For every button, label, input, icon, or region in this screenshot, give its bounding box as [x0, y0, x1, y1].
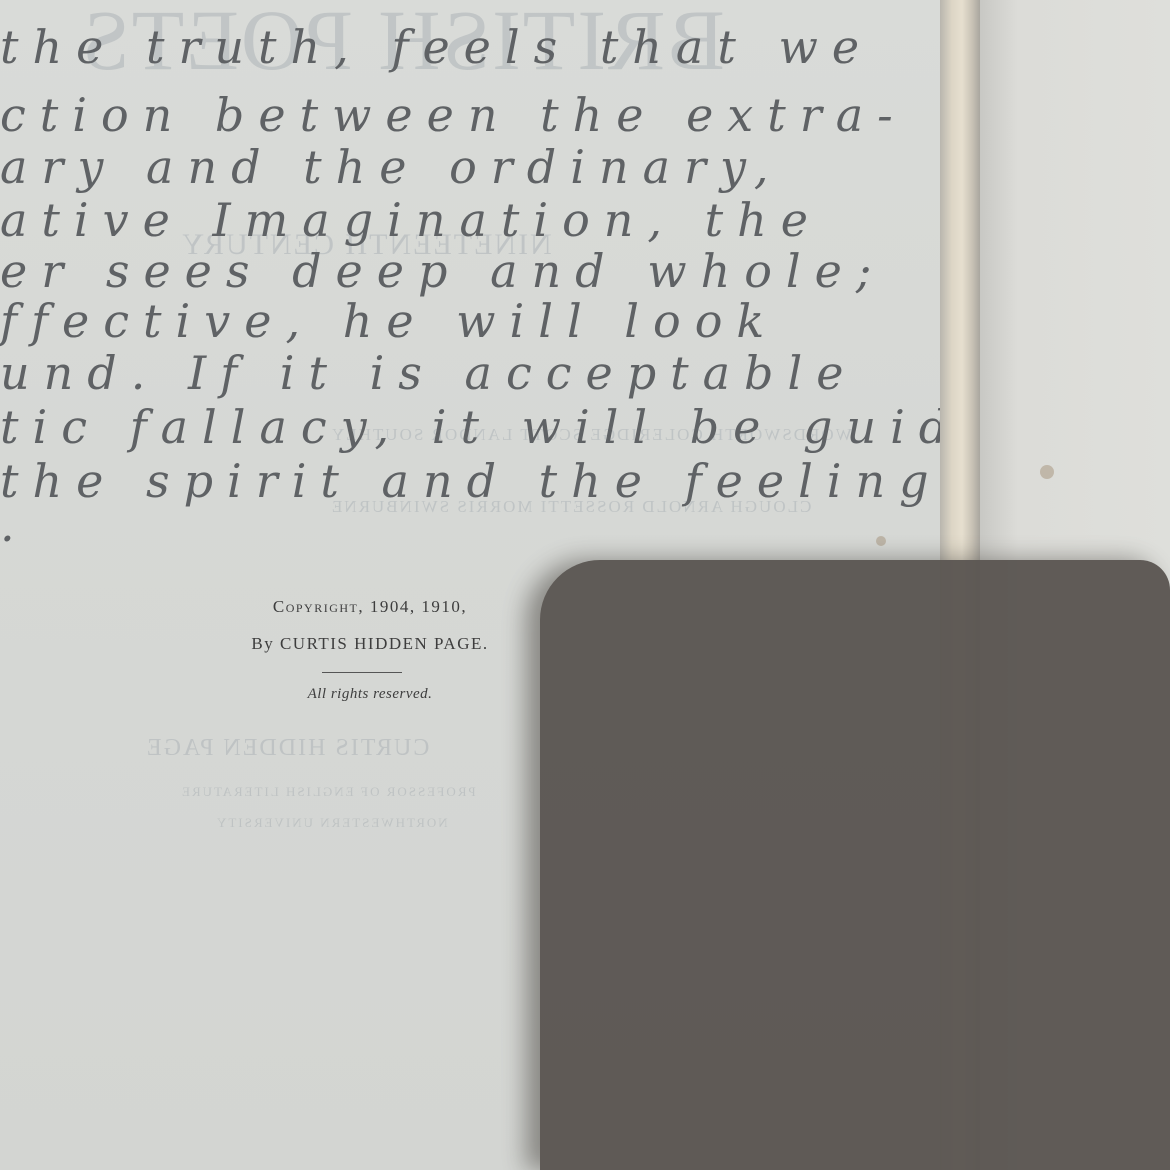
foxing-spot-left	[876, 536, 886, 546]
handwritten-line-4: ative Imagination, the	[0, 193, 940, 247]
handwritten-line-1: the truth, feels that we	[0, 20, 940, 74]
divider-rule	[322, 672, 402, 673]
show-through-professor: PROFESSOR OF ENGLISH LITERATURE	[180, 784, 476, 800]
handwritten-line-7: und. If it is acceptable	[0, 346, 940, 400]
handwritten-line-2: ction between the extra-	[0, 88, 940, 142]
handwritten-line-5: er sees deep and whole;	[0, 244, 940, 298]
handwritten-line-3: ary and the ordinary,	[0, 140, 940, 194]
camera-shadow	[540, 560, 1170, 1170]
show-through-author: CURTIS HIDDEN PAGE	[145, 735, 429, 762]
handwritten-line-8: tic fallacy, it will be guid-	[0, 400, 940, 454]
foxing-spot	[1040, 465, 1054, 479]
handwritten-line-6: ffective, he will look	[0, 294, 940, 348]
show-through-university: NORTHWESTERN UNIVERSITY	[215, 815, 448, 831]
handwritten-line-10: .	[0, 498, 940, 552]
